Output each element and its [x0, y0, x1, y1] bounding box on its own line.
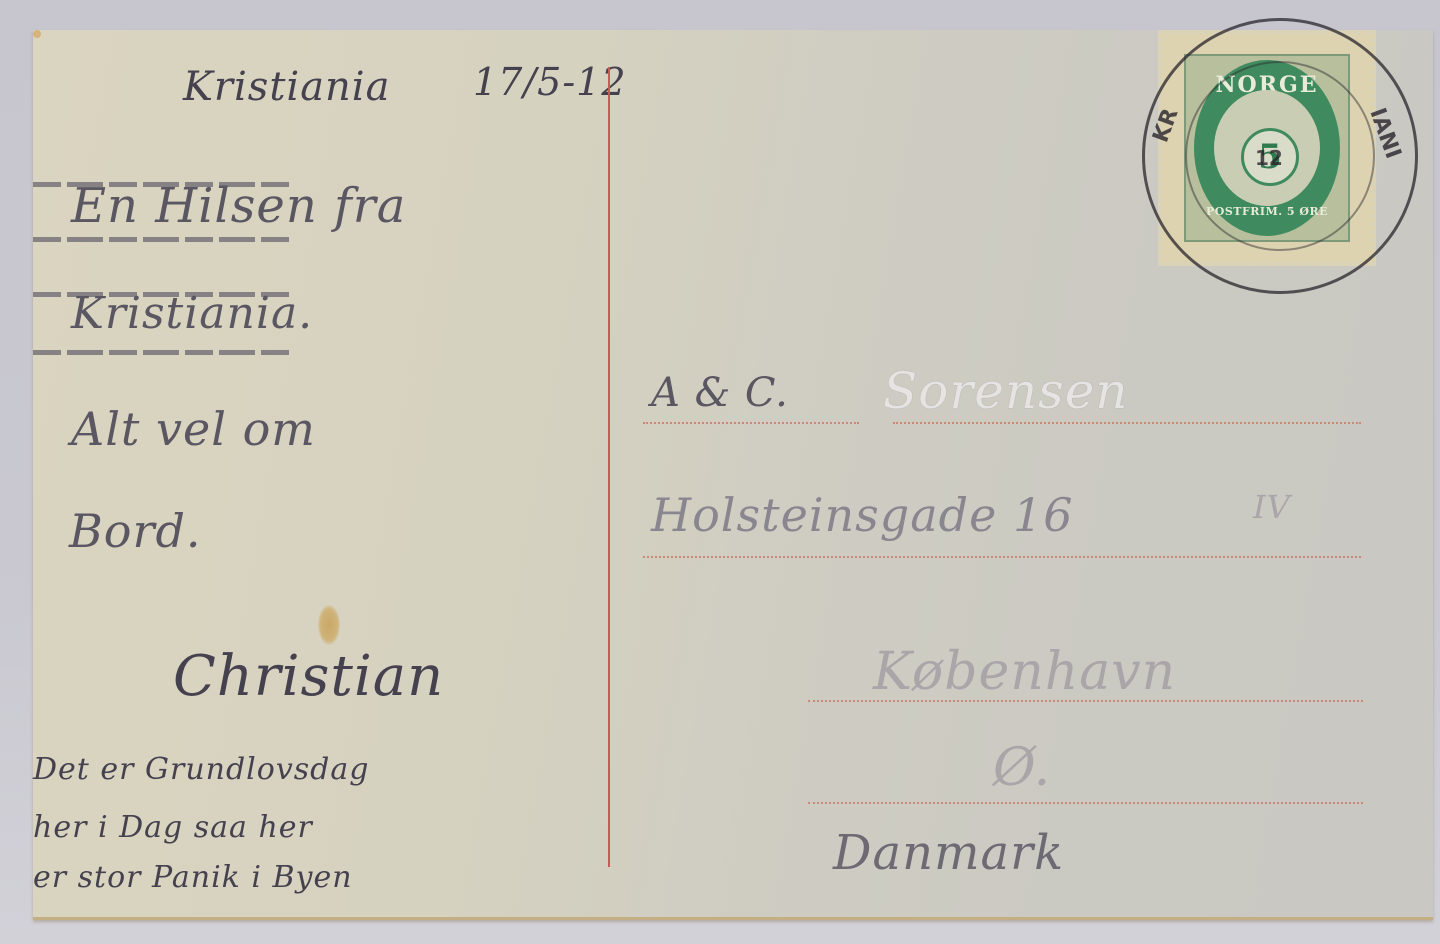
address-street: Holsteinsgade 16: [651, 488, 1073, 542]
postscript-line: Det er Grundlovsdag: [33, 752, 369, 787]
address-line: [808, 802, 1363, 804]
message-place: Kristiania: [183, 64, 390, 110]
postmark-circle: KR IANI 12: [1142, 18, 1418, 294]
postmark-date: 12: [1255, 146, 1283, 170]
address-district: Ø.: [993, 738, 1051, 798]
message-line: Alt vel om: [71, 402, 316, 456]
address-country: Danmark: [833, 825, 1064, 881]
address-street-floor: IV: [1253, 488, 1291, 526]
address-initials: A & C.: [651, 370, 789, 416]
paper-stain: [318, 605, 340, 645]
message-address-divider: [608, 67, 610, 867]
address-line: [643, 556, 1361, 558]
address-city: København: [873, 642, 1176, 702]
message-date: 17/5-12: [473, 60, 627, 104]
postscript-line: her i Dag saa her: [33, 810, 313, 845]
message-line: Kristiania.: [71, 288, 313, 339]
signature: Christian: [173, 644, 444, 709]
address-line: [643, 422, 859, 424]
message-line: En Hilsen fra: [71, 178, 406, 234]
address-line: [893, 422, 1361, 424]
message-line: Bord.: [69, 504, 202, 558]
address-surname: Sorensen: [883, 362, 1129, 420]
postmark-text-left: KR: [1148, 105, 1183, 146]
cancellation-bar: [33, 350, 293, 355]
postscript-line: er stor Panik i Byen: [33, 860, 353, 895]
cancellation-bar: [33, 237, 293, 242]
